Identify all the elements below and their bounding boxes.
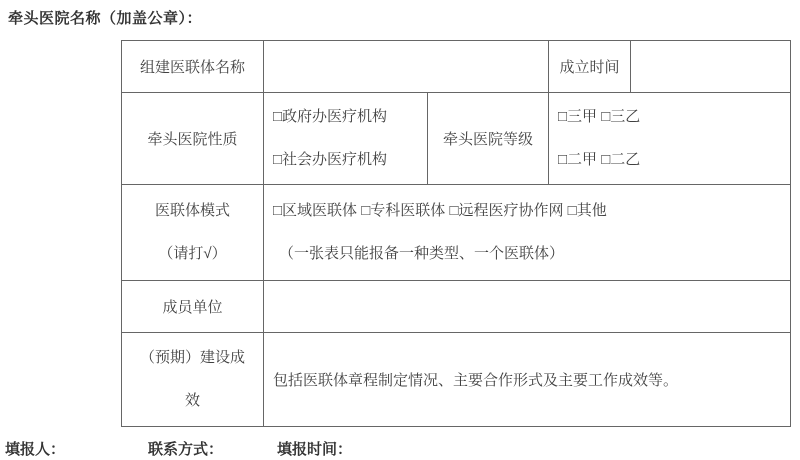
page-title: 牵头医院名称（加盖公章）： [8, 7, 202, 28]
table-row-union-name: 组建医联体名称 成立时间 [122, 41, 791, 93]
report-time-label: 填报时间： [277, 438, 352, 459]
union-name-value-cell [264, 41, 549, 93]
hospital-level-options-cell: □三甲 □三乙 □二甲 □二乙 [549, 93, 791, 185]
contact-label: 联系方式： [148, 438, 223, 459]
checkbox-option-government: □政府办医疗机构 [273, 109, 427, 125]
founding-time-label-cell: 成立时间 [549, 41, 631, 93]
member-units-value-cell [264, 281, 791, 333]
checkbox-option-level-2: □二甲 □二乙 [558, 152, 790, 168]
form-table: 组建医联体名称 成立时间 牵头医院性质 □政府办医疗机构 □社会办医疗机构 牵头… [121, 40, 791, 427]
achievement-hint-cell: 包括医联体章程制定情况、主要合作形式及主要工作成效等。 [264, 333, 791, 427]
table-row-hospital-nature: 牵头医院性质 □政府办医疗机构 □社会办医疗机构 牵头医院等级 □三甲 □三乙 … [122, 93, 791, 185]
footer: 填报人： 联系方式： 填报时间： [0, 438, 800, 458]
founding-time-value-cell [631, 41, 791, 93]
hospital-nature-options-cell: □政府办医疗机构 □社会办医疗机构 [264, 93, 428, 185]
checkbox-option-level-3: □三甲 □三乙 [558, 109, 790, 125]
member-units-label-cell: 成员单位 [122, 281, 264, 333]
hospital-level-label-cell: 牵头医院等级 [428, 93, 549, 185]
union-mode-label-line2: （请打√） [122, 246, 263, 262]
union-mode-options-cell: □区域医联体 □专科医联体 □远程医疗协作网 □其他 （一张表只能报备一种类型、… [264, 185, 791, 281]
reporter-label: 填报人： [5, 438, 65, 459]
hospital-nature-label-cell: 牵头医院性质 [122, 93, 264, 185]
table-row-union-mode: 医联体模式 （请打√） □区域医联体 □专科医联体 □远程医疗协作网 □其他 （… [122, 185, 791, 281]
union-mode-label-cell: 医联体模式 （请打√） [122, 185, 264, 281]
table-row-achievement: （预期）建设成 效 包括医联体章程制定情况、主要合作形式及主要工作成效等。 [122, 333, 791, 427]
table-row-member-units: 成员单位 [122, 281, 791, 333]
checkbox-options-union-mode: □区域医联体 □专科医联体 □远程医疗协作网 □其他 [273, 203, 790, 219]
union-name-label-cell: 组建医联体名称 [122, 41, 264, 93]
checkbox-option-social: □社会办医疗机构 [273, 152, 427, 168]
achievement-label-cell: （预期）建设成 效 [122, 333, 264, 427]
union-mode-label-line1: 医联体模式 [122, 203, 263, 219]
achievement-label-line1: （预期）建设成 [122, 350, 263, 366]
achievement-label-line2: 效 [122, 393, 263, 409]
union-mode-note: （一张表只能报备一种类型、一个医联体） [279, 246, 790, 262]
